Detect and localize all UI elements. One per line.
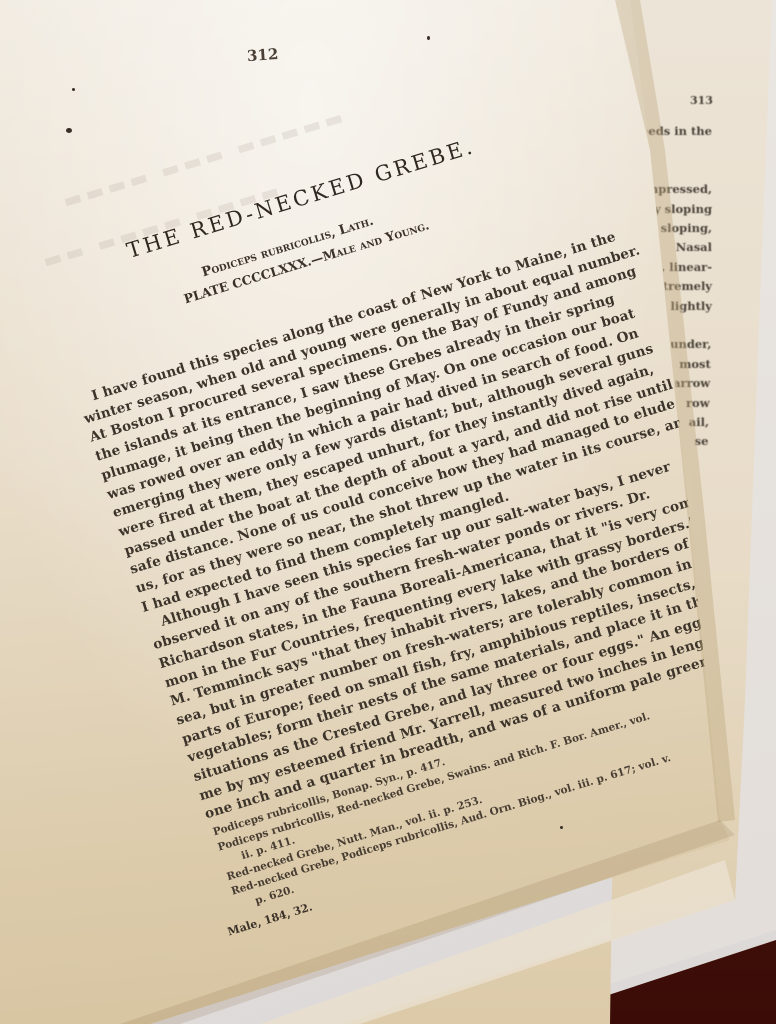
dust-spot xyxy=(72,88,75,91)
dust-spot xyxy=(66,128,72,133)
dust-spot xyxy=(427,36,430,40)
page-number: 312 xyxy=(246,45,278,65)
back-page-number: 313 xyxy=(690,94,713,107)
back-page-text-fragment: Nasal xyxy=(676,240,712,254)
dust-spot xyxy=(560,826,563,829)
